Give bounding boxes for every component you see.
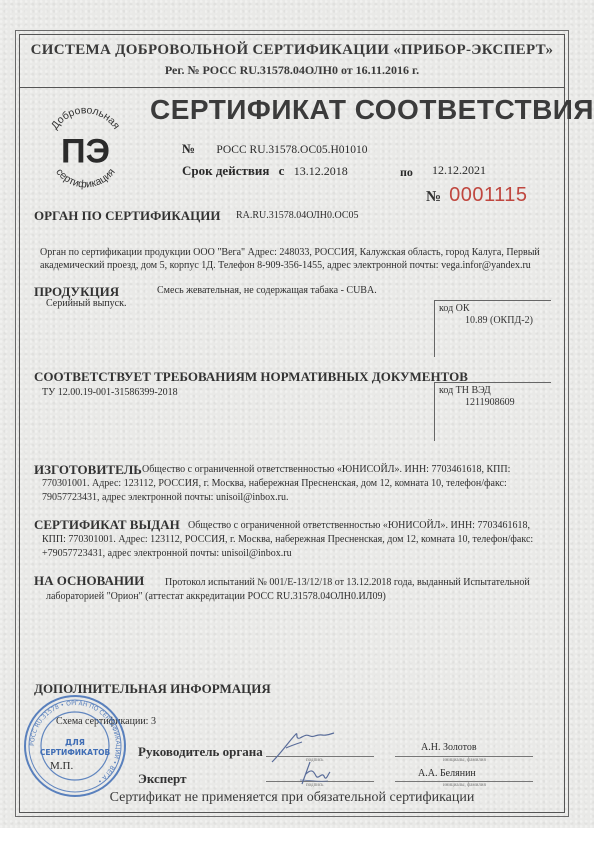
basis-label: НА ОСНОВАНИИ	[34, 573, 144, 589]
certificate-title: СЕРТИФИКАТ СООТВЕТСТВИЯ	[150, 94, 594, 126]
footer-notice: Сертификат не применяется при обязательн…	[19, 790, 565, 806]
head-name-line	[395, 756, 533, 757]
expert-signature-icon	[294, 760, 334, 786]
certificate-number: РОСС RU.31578.ОС05.Н01010	[216, 144, 367, 156]
manufacturer-line3: 79057723431, адрес электронной почты: un…	[42, 490, 289, 506]
compliance-standard: ТУ 12.00.19-001-31586399-2018	[42, 385, 178, 401]
product-note: Серийный выпуск.	[46, 296, 126, 312]
issued-to-label: СЕРТИФИКАТ ВЫДАН	[34, 517, 180, 533]
expert-label: Эксперт	[138, 771, 186, 787]
svg-text:СЕРТИФИКАТОВ: СЕРТИФИКАТОВ	[40, 748, 111, 757]
serial-label: №	[426, 189, 441, 205]
system-title: СИСТЕМА ДОБРОВОЛЬНОЙ СЕРТИФИКАЦИИ «ПРИБО…	[19, 42, 565, 59]
expert-name: А.А. Белянин	[418, 766, 476, 782]
expert-name-caption: инициалы, фамилия	[443, 783, 486, 788]
seal-label: М.П.	[50, 758, 73, 774]
organ-code: RA.RU.31578.04ОЛН0.ОС05	[236, 208, 359, 224]
validity-from-label: с	[279, 163, 285, 178]
tnved-code-value: 1211908609	[465, 397, 515, 408]
serial-number-row: № 0001115	[426, 184, 527, 207]
issued-to-line3: +79057723431, адрес электронной почты: u…	[42, 546, 292, 562]
compliance-label: СООТВЕТСТВУЕТ ТРЕБОВАНИЯМ НОРМАТИВНЫХ ДО…	[34, 369, 468, 385]
seal-stamp-icon: РОСС RU.31578 • ОРГАН ПО СЕРТИФИКАЦИИ • …	[22, 693, 128, 799]
ok-code-label: код ОК	[439, 303, 470, 314]
ok-code-box: код ОК 10.89 (ОКПД-2)	[434, 300, 551, 357]
basis-line2: лабораторией "Орион" (аттестат аккредита…	[46, 589, 386, 605]
svg-text:Добровольная: Добровольная	[50, 105, 122, 131]
tnved-code-label: код ТН ВЭД	[439, 385, 491, 396]
validity-to-date: 12.12.2021	[432, 163, 486, 178]
serial-number: 0001115	[449, 184, 527, 206]
pe-logo-icon: Добровольная сертификация ПЭ	[38, 100, 133, 195]
certificate-number-row: № РОСС RU.31578.ОС05.Н01010	[182, 141, 368, 157]
number-label: №	[182, 141, 195, 156]
validity-to-label: по	[400, 165, 413, 180]
ok-code-value: 10.89 (ОКПД-2)	[465, 315, 533, 326]
header-divider	[19, 87, 565, 88]
head-name-caption: инициалы, фамилия	[443, 758, 486, 763]
validity-row: Срок действия с 13.12.2018 по 12.12.2021	[182, 163, 562, 179]
svg-text:ПЭ: ПЭ	[61, 133, 110, 171]
head-label: Руководитель органа	[138, 744, 263, 760]
head-signature-icon	[268, 728, 338, 764]
organ-label: ОРГАН ПО СЕРТИФИКАЦИИ	[34, 208, 221, 224]
validity-label: Срок действия	[182, 163, 269, 178]
tnved-code-box: код ТН ВЭД 1211908609	[434, 382, 551, 441]
validity-from-date: 13.12.2018	[294, 164, 348, 178]
product-name: Смесь жевательная, не содержащая табака …	[157, 283, 377, 299]
head-name: А.Н. Золотов	[421, 740, 477, 756]
organ-address-line2: академический проезд, дом 5, корпус 1Д. …	[40, 258, 531, 274]
system-registration: Рег. № РОСС RU.31578.04ОЛН0 от 16.11.201…	[19, 63, 565, 78]
svg-text:ДЛЯ: ДЛЯ	[65, 738, 85, 747]
